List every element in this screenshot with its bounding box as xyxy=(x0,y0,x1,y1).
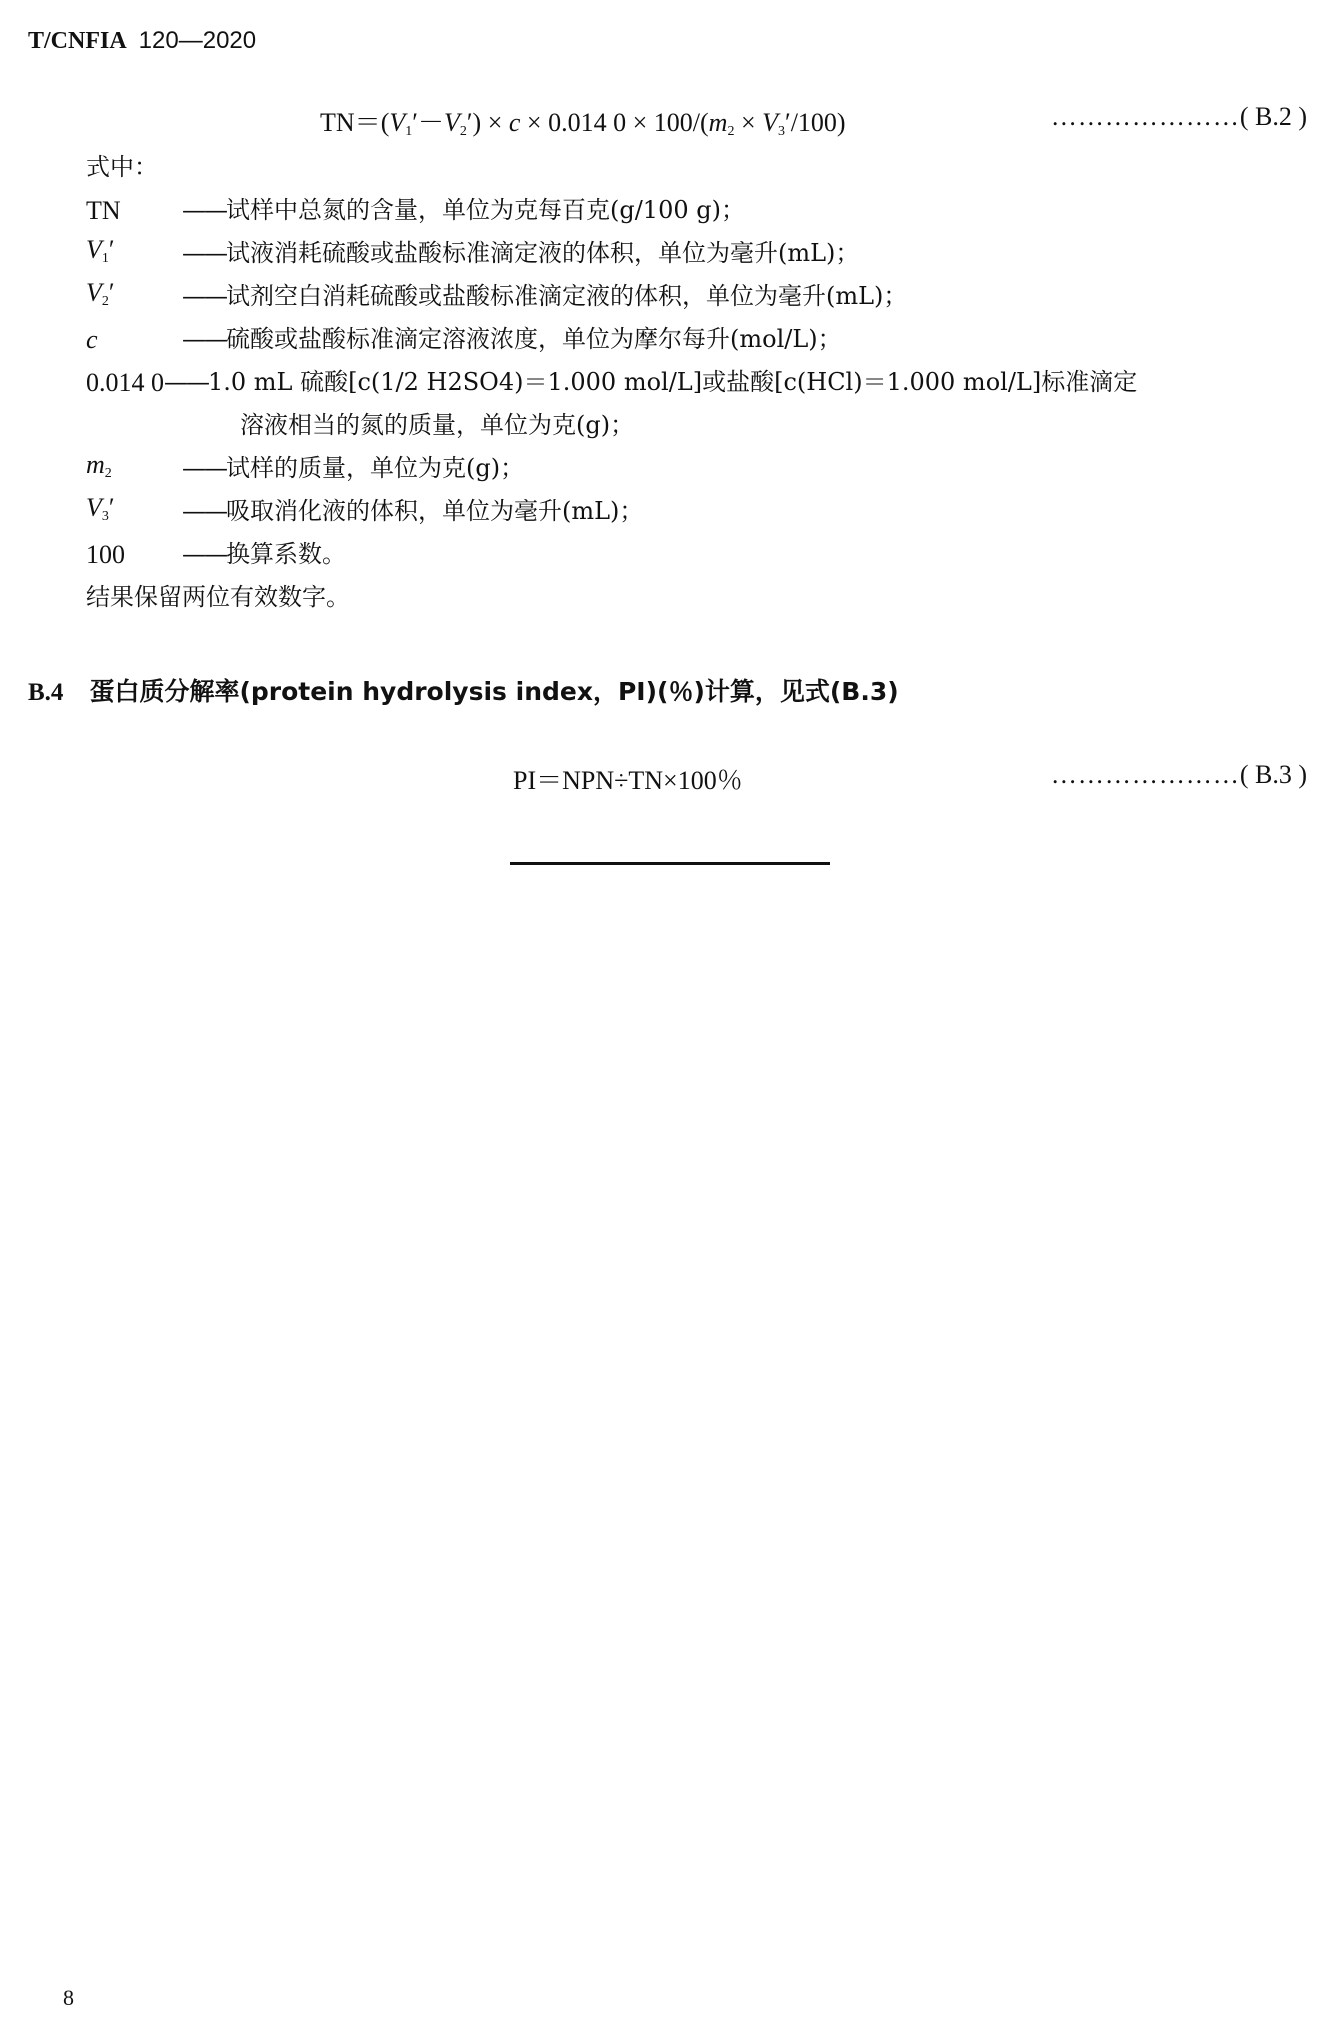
standard-code: T/CNFIA xyxy=(28,28,127,54)
formula-b2-expression: TN＝(V1′－V2′) × c × 0.014 0 × 100/(m2 × V… xyxy=(320,102,846,140)
document-header: T/CNFIA120—2020 xyxy=(28,26,256,55)
definition-constant-continued: 溶液相当的氮的质量，单位为克(g)； xyxy=(86,404,1137,447)
definition-v3: V3′ ——吸取消化液的体积，单位为毫升(mL)； xyxy=(86,490,1137,533)
formula-b3: PI＝NPN÷TN×100％ …………………( B.3 ) xyxy=(0,760,1335,800)
formula-b3-number: …………………( B.3 ) xyxy=(1051,760,1307,790)
formula-b2-number: …………………( B.2 ) xyxy=(1051,102,1307,132)
definition-v1: V1′ ——试液消耗硫酸或盐酸标准滴定液的体积，单位为毫升(mL)； xyxy=(86,232,1137,275)
section-heading-b4: B.4蛋白质分解率(protein hydrolysis index，PI)(％… xyxy=(28,672,899,708)
standard-number: 120—2020 xyxy=(139,27,256,54)
definition-m2: m2 ——试样的质量，单位为克(g)； xyxy=(86,447,1137,490)
result-note: 结果保留两位有效数字。 xyxy=(86,576,1137,619)
definition-v2: V2′ ——试剂空白消耗硫酸或盐酸标准滴定液的体积，单位为毫升(mL)； xyxy=(86,275,1137,318)
formula-b2: TN＝(V1′－V2′) × c × 0.014 0 × 100/(m2 × V… xyxy=(0,102,1335,142)
where-label: 式中： xyxy=(86,146,1137,189)
definition-tn: TN ——试样中总氮的含量，单位为克每百克(g/100 g)； xyxy=(86,189,1137,232)
end-rule xyxy=(510,862,830,865)
formula-b3-expression: PI＝NPN÷TN×100％ xyxy=(513,760,743,797)
definitions-block: 式中： TN ——试样中总氮的含量，单位为克每百克(g/100 g)； V1′ … xyxy=(86,146,1137,619)
definition-c: c ——硫酸或盐酸标准滴定溶液浓度，单位为摩尔每升(mol/L)； xyxy=(86,318,1137,361)
definition-100: 100 ——换算系数。 xyxy=(86,533,1137,576)
page-number: 8 xyxy=(63,1985,74,2011)
definition-constant: 0.014 0 ——1.0 mL 硫酸[c(1/2 H2SO4)＝1.000 m… xyxy=(86,361,1137,404)
